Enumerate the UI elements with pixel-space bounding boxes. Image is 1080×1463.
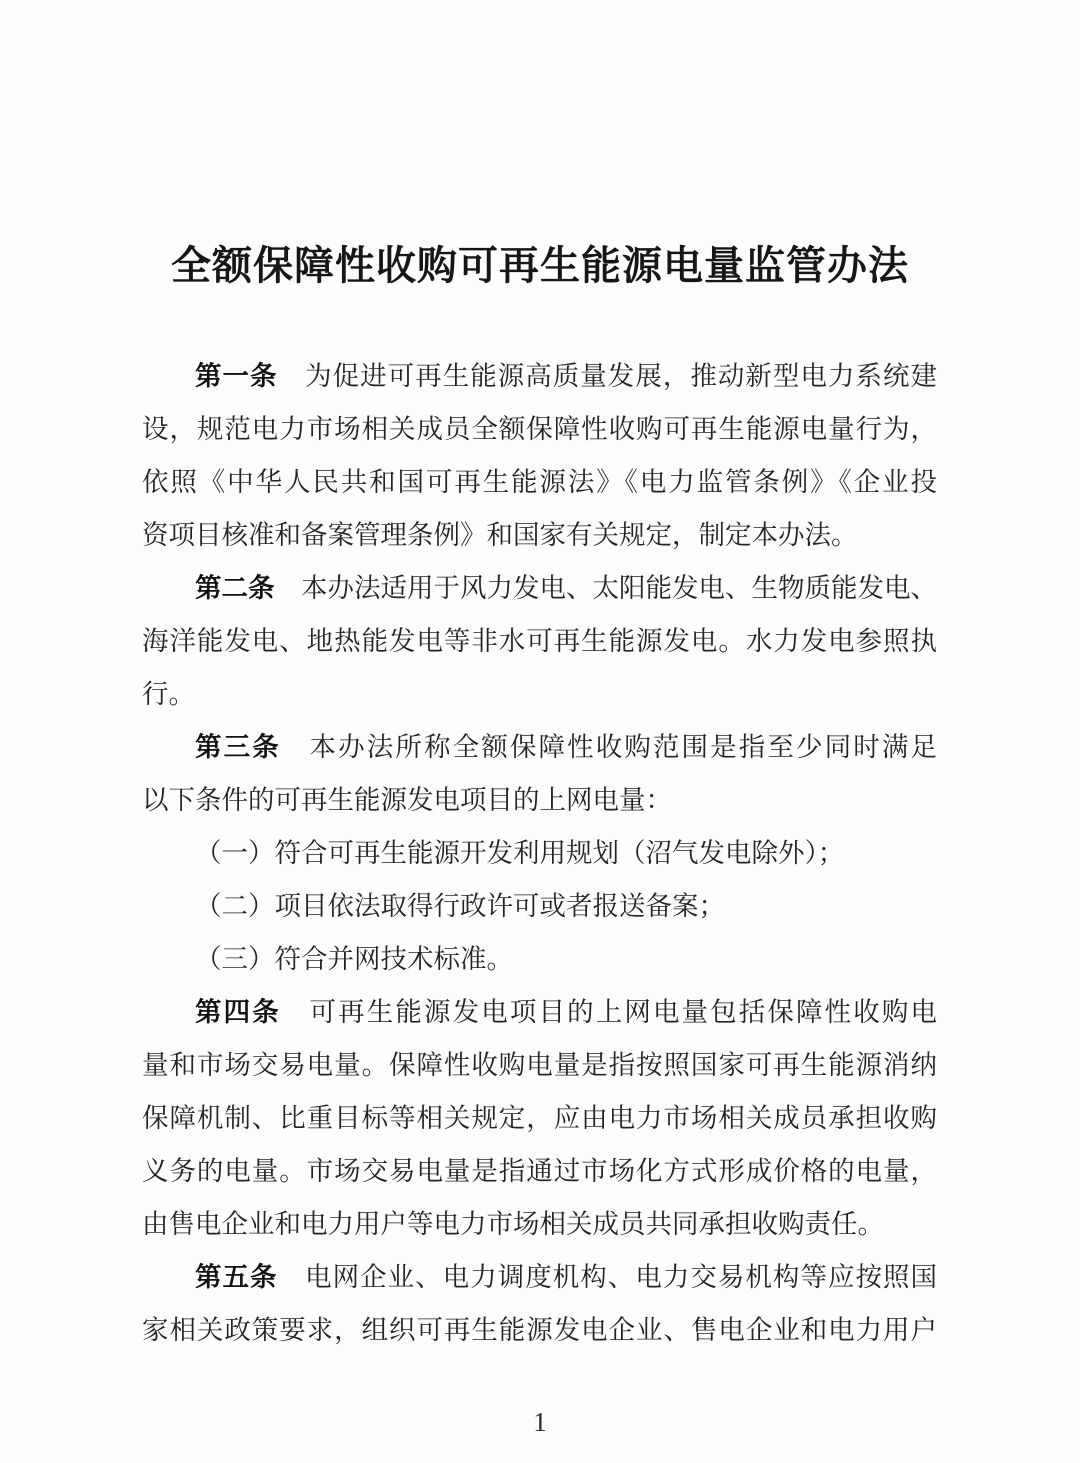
document-content: 第一条 为促进可再生能源高质量发展，推动新型电力系统建设，规范电力市场相关成员全…: [142, 350, 937, 1357]
line-text: 为促进可再生能源高质量发展，推动新型电力系统建: [305, 361, 937, 391]
article-number: 第一条: [195, 361, 278, 391]
document-line: （三）符合并网技术标准。: [142, 933, 937, 986]
article-number: 第二条: [195, 573, 275, 603]
article-number: 第三条: [195, 732, 281, 762]
document-line: 第一条 为促进可再生能源高质量发展，推动新型电力系统建: [142, 350, 937, 403]
document-line: 设，规范电力市场相关成员全额保障性收购可再生能源电量行为，: [142, 403, 937, 456]
paragraph: 第二条 本办法适用于风力发电、太阳能发电、生物质能发电、海洋能发电、地热能发电等…: [142, 562, 937, 721]
line-text: 可再生能源发电项目的上网电量包括保障性收购电: [310, 997, 938, 1027]
paragraph: 第五条 电网企业、电力调度机构、电力交易机构等应按照国家相关政策要求，组织可再生…: [142, 1251, 937, 1357]
document-line: 依照《中华人民共和国可再生能源法》《电力监管条例》《企业投: [142, 456, 937, 509]
paragraph: （二）项目依法取得行政许可或者报送备案；: [142, 880, 937, 933]
document-line: 第三条 本办法所称全额保障性收购范围是指至少同时满足: [142, 721, 937, 774]
line-text: 本办法适用于风力发电、太阳能发电、生物质能发电、: [301, 573, 937, 603]
document-line: （一）符合可再生能源开发利用规划（沼气发电除外）；: [142, 827, 937, 880]
paragraph: 第四条 可再生能源发电项目的上网电量包括保障性收购电量和市场交易电量。保障性收购…: [142, 986, 937, 1251]
paragraph: 第三条 本办法所称全额保障性收购范围是指至少同时满足以下条件的可再生能源发电项目…: [142, 721, 937, 827]
line-text: 本办法所称全额保障性收购范围是指至少同时满足: [310, 732, 938, 762]
document-line: 第五条 电网企业、电力调度机构、电力交易机构等应按照国: [142, 1251, 937, 1304]
document-line: 保障机制、比重目标等相关规定，应由电力市场相关成员承担收购: [142, 1092, 937, 1145]
document-title: 全额保障性收购可再生能源电量监管办法: [0, 238, 1080, 294]
document-line: 第二条 本办法适用于风力发电、太阳能发电、生物质能发电、: [142, 562, 937, 615]
document-line: 资项目核准和备案管理条例》和国家有关规定，制定本办法。: [142, 509, 937, 562]
paragraph: （三）符合并网技术标准。: [142, 933, 937, 986]
document-page: 全额保障性收购可再生能源电量监管办法 第一条 为促进可再生能源高质量发展，推动新…: [0, 0, 1080, 1463]
document-line: 海洋能发电、地热能发电等非水可再生能源发电。水力发电参照执: [142, 615, 937, 668]
document-line: 由售电企业和电力用户等电力市场相关成员共同承担收购责任。: [142, 1198, 937, 1251]
document-line: 行。: [142, 668, 937, 721]
article-number: 第四条: [195, 997, 281, 1027]
page-number: 1: [0, 1402, 1080, 1442]
document-line: （二）项目依法取得行政许可或者报送备案；: [142, 880, 937, 933]
document-line: 以下条件的可再生能源发电项目的上网电量：: [142, 774, 937, 827]
article-number: 第五条: [195, 1262, 278, 1292]
line-text: 电网企业、电力调度机构、电力交易机构等应按照国: [305, 1262, 937, 1292]
document-line: 义务的电量。市场交易电量是指通过市场化方式形成价格的电量，: [142, 1145, 937, 1198]
document-line: 第四条 可再生能源发电项目的上网电量包括保障性收购电: [142, 986, 937, 1039]
paragraph: 第一条 为促进可再生能源高质量发展，推动新型电力系统建设，规范电力市场相关成员全…: [142, 350, 937, 562]
document-line: 量和市场交易电量。保障性收购电量是指按照国家可再生能源消纳: [142, 1039, 937, 1092]
paragraph: （一）符合可再生能源开发利用规划（沼气发电除外）；: [142, 827, 937, 880]
document-line: 家相关政策要求，组织可再生能源发电企业、售电企业和电力用户: [142, 1304, 937, 1357]
